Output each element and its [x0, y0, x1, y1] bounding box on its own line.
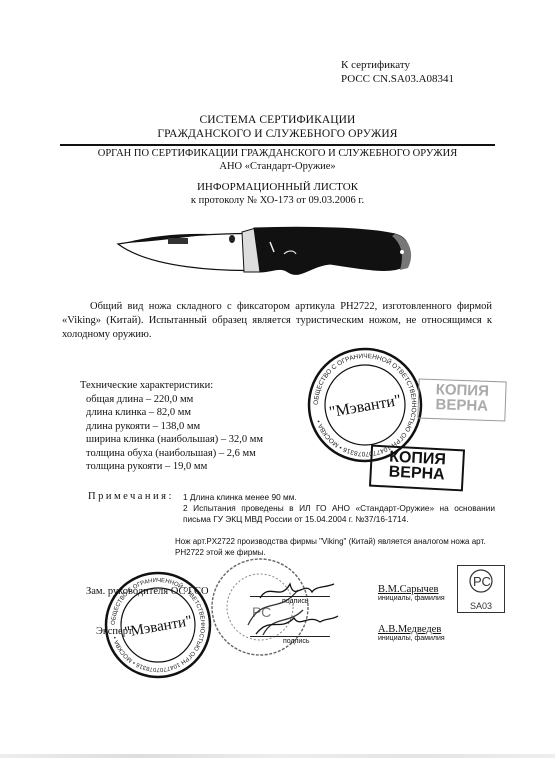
notes-label: Примечания: — [88, 491, 174, 502]
handwritten-signatures — [250, 572, 340, 642]
signer-role-2: Эксперт — [96, 626, 132, 637]
system-title-line-1: СИСТЕМА СЕРТИФИКАЦИИ — [0, 113, 555, 127]
spec-item: толщина обуха (наибольшая) – 2,6 мм — [80, 447, 263, 461]
technical-specs: Технические характеристики: общая длина … — [80, 379, 263, 474]
knife-description: Общий вид ножа складного с фиксатором ар… — [62, 300, 492, 342]
knife-image — [110, 222, 450, 286]
svg-text:РС: РС — [473, 574, 491, 589]
document-title: ИНФОРМАЦИОННЫЙ ЛИСТОК к протоколу № ХО-1… — [0, 181, 555, 207]
reference-line-1: К сертификату — [341, 58, 454, 72]
certificate-reference: К сертификату РОСС CN.SA03.A08341 — [341, 58, 454, 86]
seal-center-text: "Мэванти" — [328, 392, 403, 421]
notes-list: 1 Длина клинка менее 90 мм. 2 Испытания … — [183, 492, 495, 525]
system-title-line-2: ГРАЖДАНСКОГО И СЛУЖЕБНОГО ОРУЖИЯ — [0, 127, 555, 141]
organization-name: АНО «Стандарт-Оружие» — [0, 160, 555, 173]
copy-stamp-faint: КОПИЯ ВЕРНА — [417, 378, 506, 421]
organ-title: ОРГАН ПО СЕРТИФИКАЦИИ ГРАЖДАНСКОГО И СЛУ… — [0, 147, 555, 173]
signer-name-block-2: А.В.Медведев инициалы, фамилия — [378, 624, 445, 642]
spec-item: толщина рукояти – 19,0 мм — [80, 460, 263, 474]
spec-item: ширина клинка (наибольшая) – 32,0 мм — [80, 433, 263, 447]
header-divider — [60, 144, 495, 146]
organ-line: ОРГАН ПО СЕРТИФИКАЦИИ ГРАЖДАНСКОГО И СЛУ… — [0, 147, 555, 160]
scan-edge — [0, 754, 555, 758]
signer-name-caption-2: инициалы, фамилия — [378, 635, 445, 642]
cert-mark-code: SA03 — [458, 601, 504, 611]
description-text: Общий вид ножа складного с фиксатором ар… — [62, 301, 492, 340]
specs-heading: Технические характеристики: — [80, 379, 263, 393]
system-title: СИСТЕМА СЕРТИФИКАЦИИ ГРАЖДАНСКОГО И СЛУЖ… — [0, 113, 555, 141]
copy-stamp: КОПИЯ ВЕРНА — [369, 445, 465, 492]
spec-item: общая длина – 220,0 мм — [80, 393, 263, 407]
rs-mark-icon: РС — [458, 566, 504, 596]
spec-item: длина клинка – 82,0 мм — [80, 406, 263, 420]
seal-center-text: "Мэванти" — [123, 613, 193, 641]
document-title-subtitle: к протоколу № ХО-173 от 09.03.2006 г. — [0, 194, 555, 207]
signer-name-1: В.М.Сарычев — [378, 584, 445, 595]
certification-mark: РС SA03 — [457, 565, 505, 613]
spec-item: длина рукояти – 138,0 мм — [80, 420, 263, 434]
signer-name-2: А.В.Медведев — [378, 624, 445, 635]
signer-role-1: Зам. руководителя ОС ГСО — [86, 586, 209, 597]
note-item: 1 Длина клинка менее 90 мм. — [183, 492, 495, 503]
document-title-main: ИНФОРМАЦИОННЫЙ ЛИСТОК — [0, 181, 555, 194]
signer-name-block-1: В.М.Сарычев инициалы, фамилия — [378, 584, 445, 602]
signer-name-caption-1: инициалы, фамилия — [378, 595, 445, 602]
reference-line-2: РОСС CN.SA03.A08341 — [341, 72, 454, 86]
copy-stamp-faint-line-2: ВЕРНА — [419, 397, 505, 415]
note-item: 2 Испытания проведены в ИЛ ГО АНО «Станд… — [183, 503, 495, 525]
